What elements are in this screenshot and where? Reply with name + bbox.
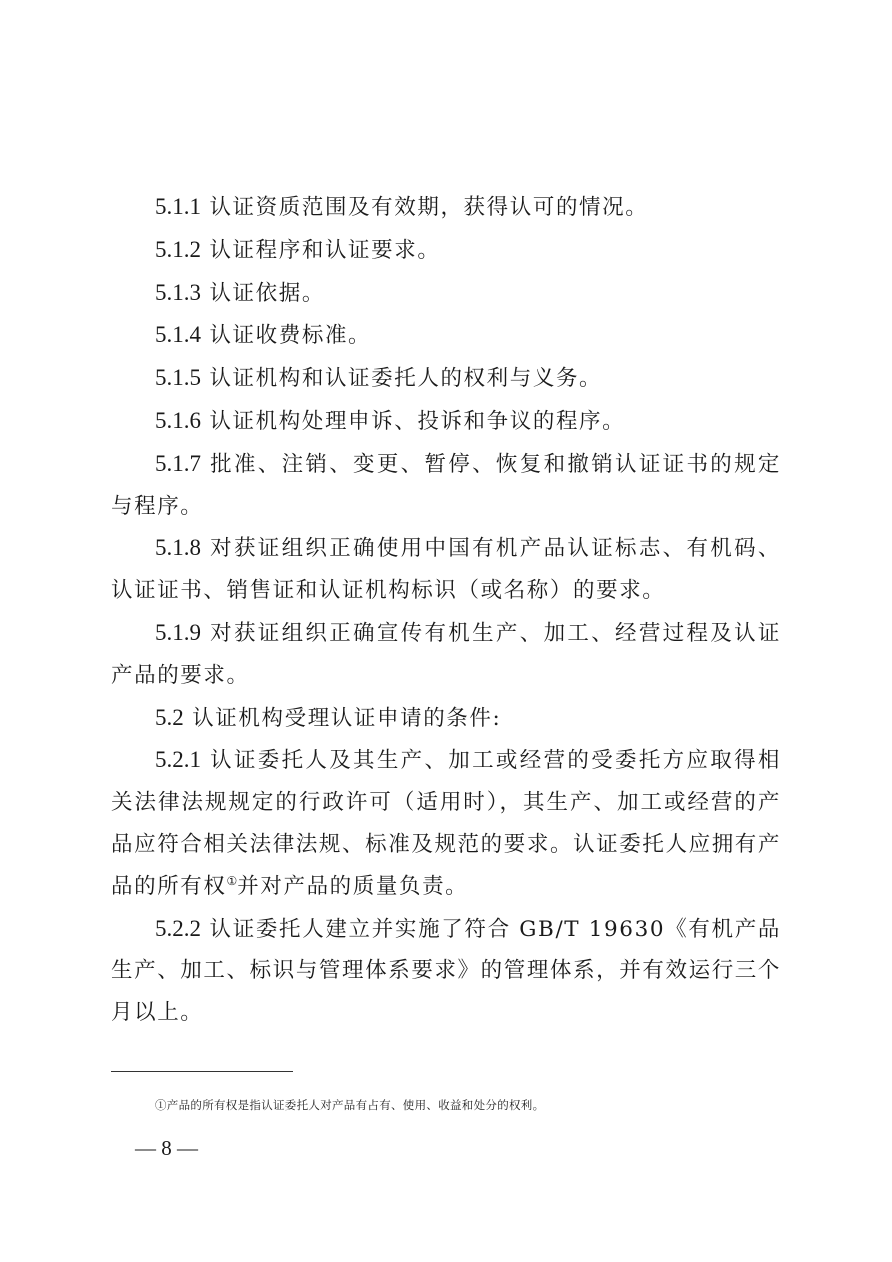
clause-text: 认证资质范围及有效期，获得认可的情况。 xyxy=(209,195,648,220)
clause-number: 5.1.6 xyxy=(155,408,201,433)
clause-text-continued: 并对产品的质量负责。 xyxy=(237,874,468,899)
clause-text: 认证机构受理认证申请的条件: xyxy=(192,706,501,731)
clause-text: 认证机构处理申诉、投诉和争议的程序。 xyxy=(209,409,625,434)
clause-text: 批准、注销、变更、暂停、恢复和撤销认证证书的规定与程序。 xyxy=(111,452,781,519)
clause-text: 认证收费标准。 xyxy=(209,323,371,348)
clause-number: 5.2 xyxy=(155,705,184,730)
clause-text: 对获证组织正确使用中国有机产品认证标志、有机码、认证证书、销售证和认证机构标识（… xyxy=(111,536,781,603)
clause-text: 对获证组织正确宣传有机生产、加工、经营过程及认证产品的要求。 xyxy=(111,621,781,688)
clause-text: 认证机构和认证委托人的权利与义务。 xyxy=(209,366,602,391)
paragraph-5-1-6: 5.1.6 认证机构处理申诉、投诉和争议的程序。 xyxy=(111,400,781,443)
clause-number: 5.2.1 xyxy=(155,747,201,772)
clause-number: 5.2.2 xyxy=(155,916,201,941)
document-page: 5.1.1 认证资质范围及有效期，获得认可的情况。 5.1.2 认证程序和认证要… xyxy=(0,0,892,1262)
clause-text: 认证依据。 xyxy=(209,281,325,306)
page-number: — 8 — xyxy=(135,1136,198,1161)
paragraph-5-1-2: 5.1.2 认证程序和认证要求。 xyxy=(111,229,781,272)
paragraph-5-1-9: 5.1.9 对获证组织正确宣传有机生产、加工、经营过程及认证产品的要求。 xyxy=(111,612,781,697)
clause-number: 5.1.4 xyxy=(155,322,201,347)
clause-number: 5.1.3 xyxy=(155,280,201,305)
clause-number: 5.1.8 xyxy=(155,535,201,560)
paragraph-5-1-7: 5.1.7 批准、注销、变更、暂停、恢复和撤销认证证书的规定与程序。 xyxy=(111,443,781,528)
paragraph-5-1-4: 5.1.4 认证收费标准。 xyxy=(111,314,781,357)
paragraph-5-1-8: 5.1.8 对获证组织正确使用中国有机产品认证标志、有机码、认证证书、销售证和认… xyxy=(111,527,781,612)
clause-number: 5.1.2 xyxy=(155,237,201,262)
clause-text: 认证程序和认证要求。 xyxy=(209,238,440,263)
paragraph-5-1-5: 5.1.5 认证机构和认证委托人的权利与义务。 xyxy=(111,357,781,400)
footnote: ①产品的所有权是指认证委托人对产品有占有、使用、收益和处分的权利。 xyxy=(155,1097,544,1113)
footnote-divider xyxy=(111,1071,293,1072)
paragraph-5-1-1: 5.1.1 认证资质范围及有效期，获得认可的情况。 xyxy=(111,186,781,229)
clause-text: 认证委托人建立并实施了符合 GB/T 19630《有机产品 生产、加工、标识与管… xyxy=(111,917,781,1026)
paragraph-5-2-2: 5.2.2 认证委托人建立并实施了符合 GB/T 19630《有机产品 生产、加… xyxy=(111,908,781,1034)
paragraph-5-2: 5.2 认证机构受理认证申请的条件: xyxy=(111,697,781,740)
paragraph-5-2-1: 5.2.1 认证委托人及其生产、加工或经营的受委托方应取得相关法律法规规定的行政… xyxy=(111,739,781,907)
clause-number: 5.1.5 xyxy=(155,365,201,390)
clause-number: 5.1.9 xyxy=(155,620,201,645)
paragraph-5-1-3: 5.1.3 认证依据。 xyxy=(111,272,781,315)
footnote-reference: ① xyxy=(227,874,238,888)
clause-number: 5.1.1 xyxy=(155,194,201,219)
clause-number: 5.1.7 xyxy=(155,451,201,476)
body-text: 5.1.1 认证资质范围及有效期，获得认可的情况。 5.1.2 认证程序和认证要… xyxy=(111,186,781,1034)
